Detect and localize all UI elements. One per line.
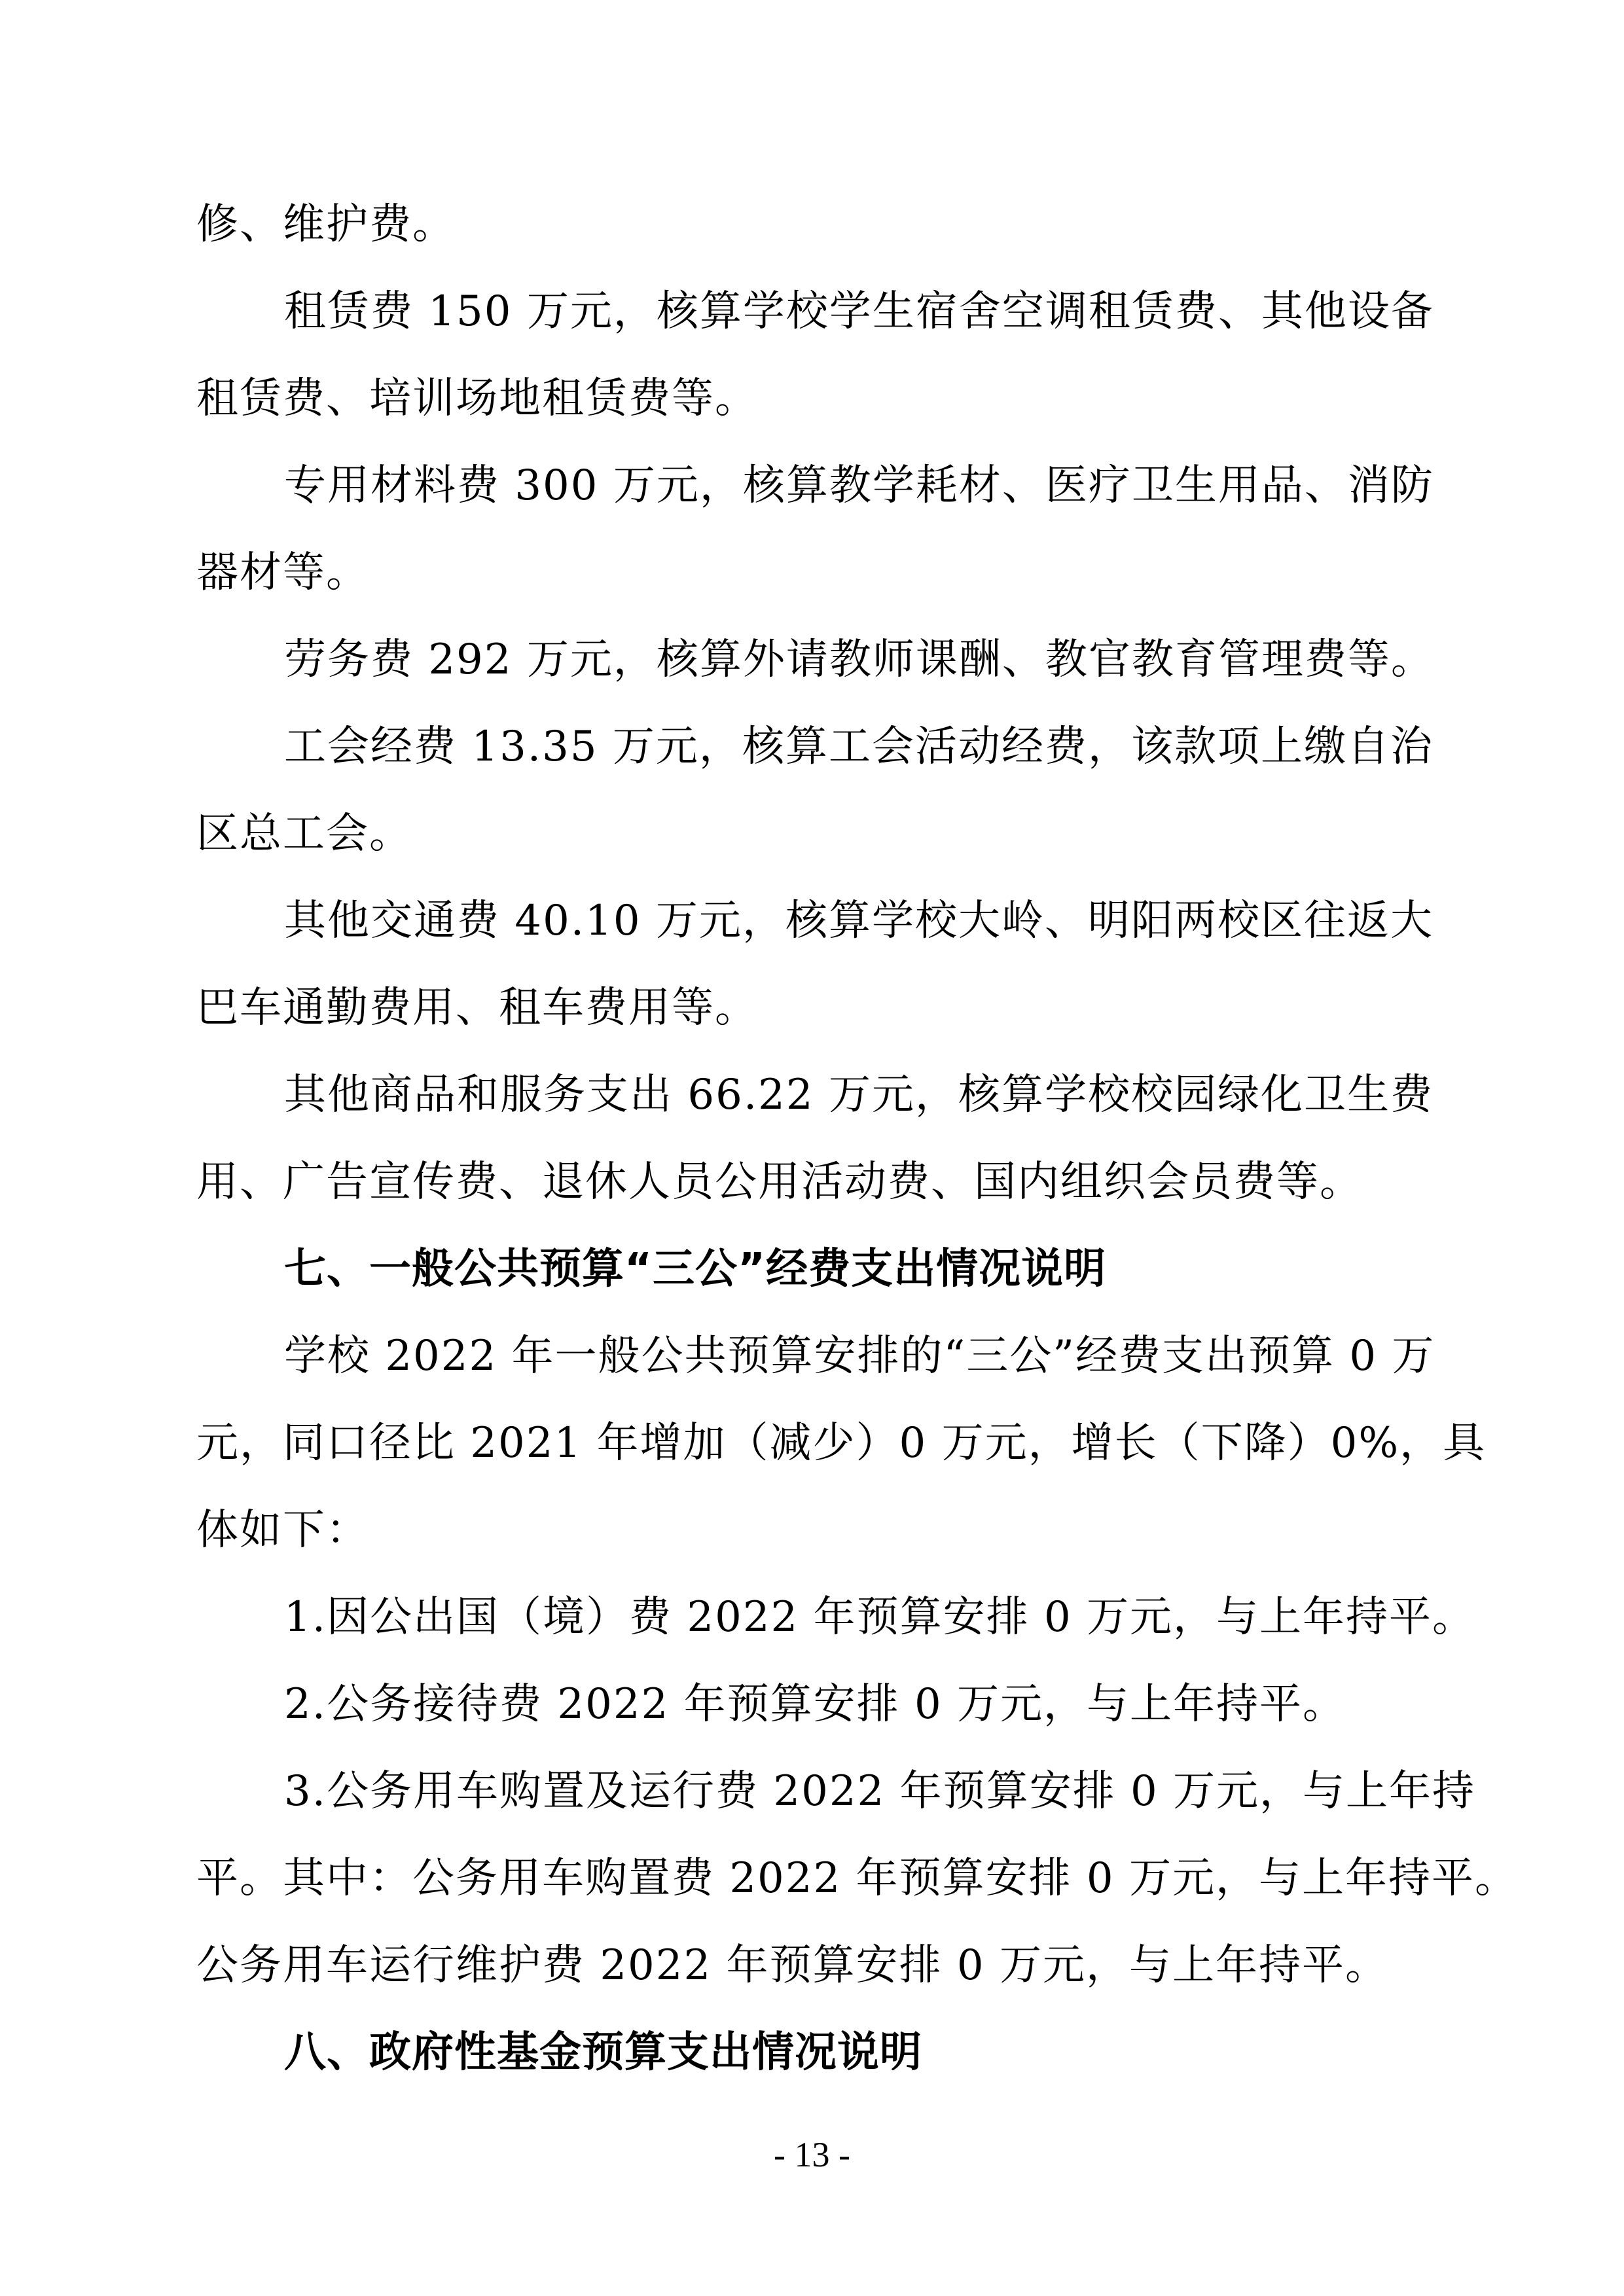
list-item: 1.因公出国（境）费 2022 年预算安排 0 万元，与上年持平。 — [284, 1588, 1475, 1647]
paragraph-line: 工会经费 13.35 万元，核算工会活动经费，该款项上缴自治 — [284, 717, 1434, 776]
list-item-continuation: 平。其中：公务用车购置费 2022 年预算安排 0 万元，与上年持平。 — [196, 1849, 1434, 1908]
paragraph-line: 器材等。 — [196, 543, 369, 602]
paragraph-line: 其他交通费 40.10 万元，核算学校大岭、明阳两校区往返大 — [284, 891, 1434, 950]
section-heading-seven: 七、一般公共预算“三公”经费支出情况说明 — [284, 1240, 1106, 1299]
paragraph-line: 用、广告宣传费、退休人员公用活动费、国内组织会员费等。 — [196, 1153, 1363, 1211]
section-heading-eight: 八、政府性基金预算支出情况说明 — [284, 2023, 922, 2082]
paragraph-line: 专用材料费 300 万元，核算教学耗材、医疗卫生用品、消防 — [284, 456, 1434, 515]
paragraph-line: 元，同口径比 2021 年增加（减少）0 万元，增长（下降）0%，具 — [196, 1414, 1434, 1473]
paragraph-line: 巴车通勤费用、租车费用等。 — [196, 978, 758, 1037]
list-item: 3.公务用车购置及运行费 2022 年预算安排 0 万元，与上年持 — [284, 1762, 1434, 1821]
paragraph-line: 体如下： — [196, 1501, 369, 1560]
paragraph-line: 修、维护费。 — [196, 195, 456, 254]
list-item: 2.公务接待费 2022 年预算安排 0 万元，与上年持平。 — [284, 1675, 1346, 1734]
page-number: - 13 - — [0, 2135, 1624, 2174]
paragraph-line: 租赁费 150 万元，核算学校学生宿舍空调租赁费、其他设备 — [284, 282, 1434, 341]
paragraph-line: 租赁费、培训场地租赁费等。 — [196, 369, 758, 428]
paragraph-line: 其他商品和服务支出 66.22 万元，核算学校校园绿化卫生费 — [284, 1066, 1434, 1124]
paragraph-line: 学校 2022 年一般公共预算安排的“三公”经费支出预算 0 万 — [284, 1327, 1434, 1386]
paragraph-line: 区总工会。 — [196, 804, 412, 863]
list-item-continuation: 公务用车运行维护费 2022 年预算安排 0 万元，与上年持平。 — [196, 1936, 1388, 1995]
paragraph-line: 劳务费 292 万元，核算外请教师课酬、教官教育管理费等。 — [284, 630, 1434, 689]
